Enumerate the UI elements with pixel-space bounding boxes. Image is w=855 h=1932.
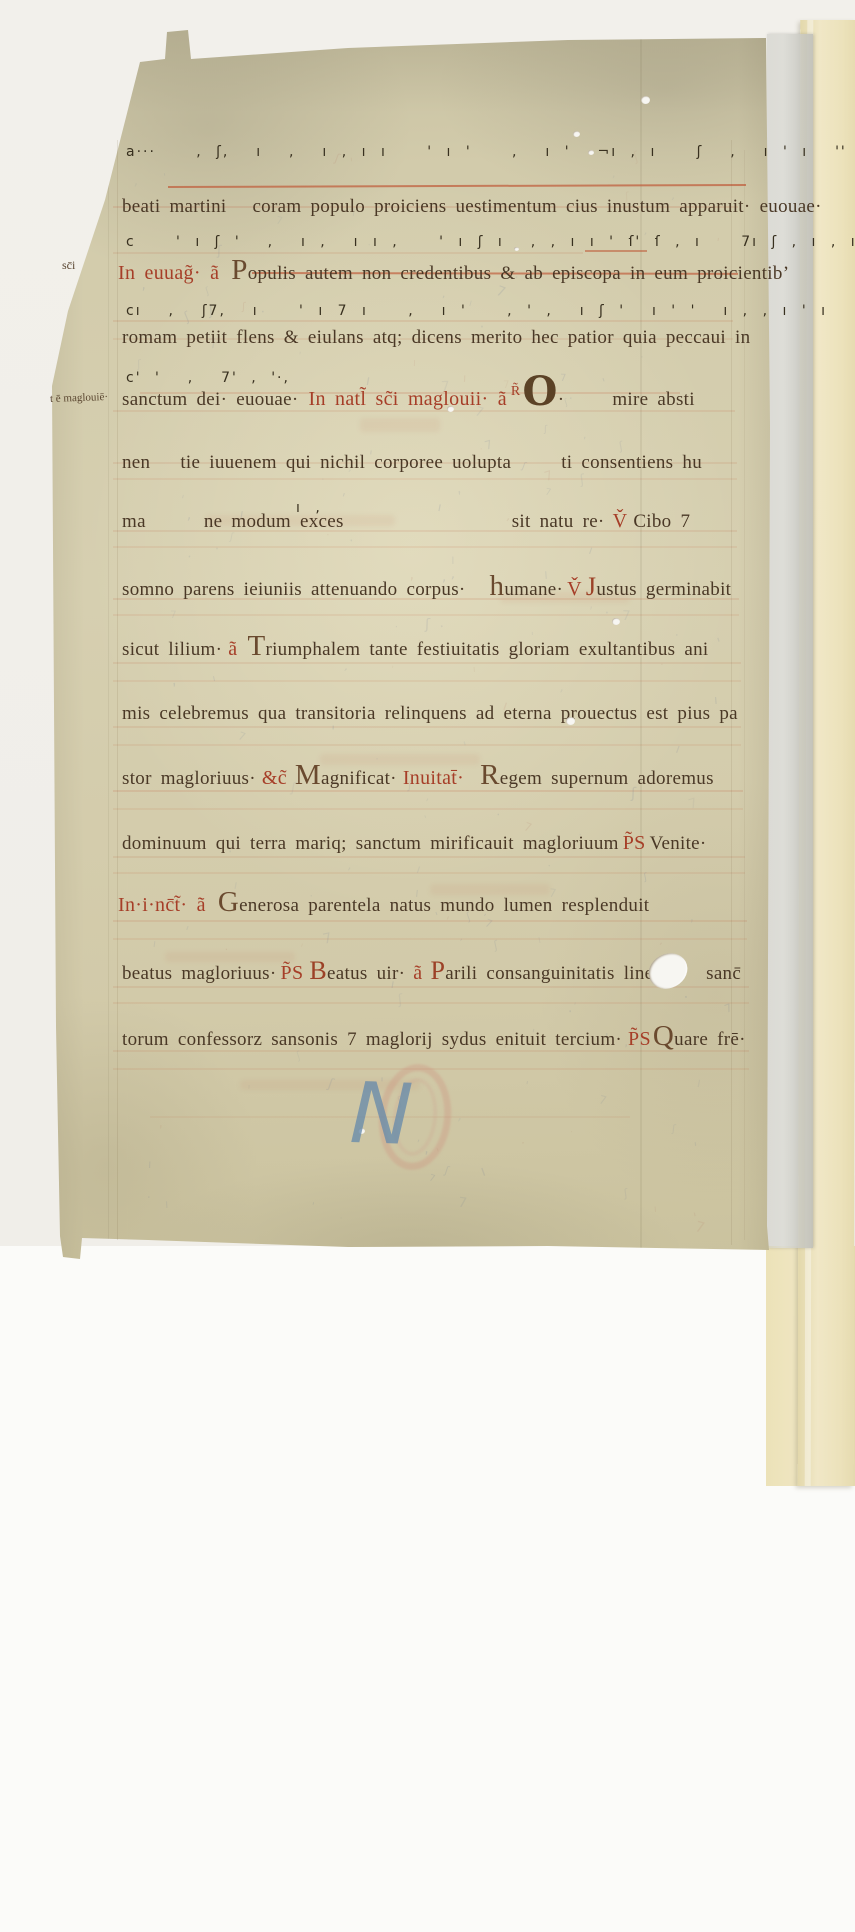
showthrough-rubric: [165, 952, 295, 962]
lower-blank-area: [0, 1484, 855, 1932]
showthrough-mark: ʃ: [671, 1123, 676, 1134]
text-segment: coram populo proiciens uestimentum cius …: [252, 196, 821, 217]
text-segment: enerosa parentela natus mundo lumen resp…: [239, 895, 649, 916]
text-segment: ma: [122, 511, 146, 532]
text-line: sicut lilium·ãTriumphalem tante festiuit…: [122, 639, 709, 659]
rubric-segment: V̌: [613, 510, 628, 532]
text-segment: beati martini: [122, 196, 226, 217]
text-segment: eatus uir·: [327, 963, 405, 984]
rubric-segment: R̃: [511, 384, 521, 399]
rubric-segment: P̃S: [628, 1028, 651, 1050]
showthrough-mark: 7: [169, 611, 176, 621]
text-line: romam petiit flens & eiulans atq; dicens…: [122, 328, 750, 347]
parchment-hole: [514, 247, 519, 251]
neume-row: cı , ʃ7, ı ' ı 7 ı , ı ' , ' , ı ʃ ' ı '…: [126, 303, 827, 319]
parchment-hole: [573, 131, 580, 137]
parchment-crease: [108, 146, 109, 1246]
text-segment: egem supernum adoremus: [500, 768, 714, 789]
text-segment: Cibo 7: [633, 511, 690, 532]
showthrough-mark: ʃ: [544, 425, 547, 434]
text-segment: sit natu re·: [512, 511, 605, 532]
rubric-segment: Inuitat̄·: [403, 767, 464, 789]
text-line: beati martinicoram populo proiciens uest…: [122, 197, 822, 216]
ruling-line: [113, 744, 741, 746]
ruling-line: [113, 320, 733, 322]
showthrough-mark: 7: [622, 610, 631, 624]
initial-letter: B: [309, 956, 327, 985]
text-line: dominuum qui terra mariq; sanctum mirifi…: [122, 833, 707, 853]
stamp-letter-n: N: [349, 1071, 415, 1157]
initial-letter: Q: [653, 1020, 674, 1052]
ruling-line: [113, 808, 743, 810]
manuscript-scan: N ı,,ʃıʃı·,·ʃı7,7·ıʃ·,ı··,,'ʃıı·,7',,ʃʃ'…: [0, 0, 855, 1932]
ruling-line: [113, 478, 737, 480]
showthrough-mark: ,: [589, 599, 594, 612]
ruling-line: [113, 726, 741, 728]
text-segment: nen: [122, 452, 150, 473]
initial-letter: P: [430, 956, 445, 985]
parchment-hole: [588, 150, 594, 155]
text-segment: arili consanguinitatis linea: [445, 963, 662, 984]
ruling-line: [113, 252, 583, 254]
text-segment: opulis autem non credentibus & ab episco…: [248, 263, 790, 284]
ruling-line: [113, 1002, 749, 1004]
ruling-line: [113, 546, 737, 548]
text-segment: sanctum dei· euouae·: [122, 389, 298, 410]
showthrough-mark: ʃ: [397, 993, 403, 1007]
text-segment: sanc̄: [706, 963, 741, 984]
showthrough-mark: ·: [214, 543, 219, 556]
showthrough-rubric: [360, 418, 440, 432]
initial-letter: M: [295, 759, 321, 791]
text-segment: ti consentiens hu: [561, 452, 702, 473]
showthrough-mark: 7: [559, 374, 566, 384]
ruling-line: [113, 662, 741, 664]
text-segment: riumphalem tante festiuitatis gloriam ex…: [265, 639, 708, 660]
text-segment: Venite·: [650, 833, 707, 854]
text-segment: mis celebremus qua transitoria relinquen…: [122, 703, 738, 724]
initial-letter: P: [231, 254, 247, 286]
rubric-segment: P̃S: [623, 832, 646, 854]
showthrough-mark: ı: [463, 372, 467, 384]
parchment-hole: [566, 717, 575, 725]
text-line: nentie iuuenem qui nichil corporee uolup…: [122, 453, 702, 472]
parchment-hole: [447, 406, 454, 412]
text-segment: stor magloriuus·: [122, 768, 256, 789]
text-segment: sicut lilium·: [122, 639, 222, 660]
ruling-line: [113, 920, 747, 922]
text-segment: uare frē·: [674, 1029, 746, 1050]
showthrough-mark: ʃ: [425, 617, 430, 632]
text-segment: romam petiit flens & eiulans atq; dicens…: [122, 327, 750, 348]
rubric-segment: In euuag̃· ã: [118, 262, 219, 284]
showthrough-mark: ·: [640, 352, 644, 364]
text-line: somno parens ieiuniis attenuando corpus·…: [122, 579, 731, 599]
text-line: stor magloriuus·&c̃Magnificat·Inuitat̄·R…: [122, 768, 714, 788]
text-segment: torum confessorz sansonis 7 maglorij syd…: [122, 1029, 622, 1050]
text-segment: dominuum qui terra mariq; sanctum mirifi…: [122, 833, 619, 854]
text-segment: ·: [558, 389, 565, 410]
neume-row: c ' ı ʃ ' , ı , ı ı , ' ı ʃ ı , , ı ı ' …: [126, 234, 855, 250]
text-line: sanctum dei· euouae·In natl̃ sc̃i maglou…: [122, 385, 695, 409]
margin-note: t ē maglouiē·: [50, 391, 108, 405]
margin-note: sc̄i: [62, 258, 75, 273]
rubric-segment: ã: [228, 638, 237, 660]
showthrough-mark: ·: [570, 1128, 573, 1138]
ruling-line: [585, 250, 647, 252]
neume-row: c' ' , 7' , '·,: [126, 370, 290, 386]
ruling-line: [113, 856, 745, 858]
ruling-line: [113, 410, 735, 412]
text-line: In·i·nc̄t̃· ãGenerosa parentela natus mu…: [118, 895, 649, 915]
ruling-line: [113, 872, 745, 874]
initial-letter: R: [480, 759, 500, 791]
parchment-hole: [612, 618, 620, 625]
text-segment: ne modum exces: [204, 511, 344, 532]
ruling-line: [113, 938, 747, 940]
text-line: mane modum excessit natu re·V̌Cibo 7: [122, 511, 690, 531]
initial-letter: h: [490, 570, 505, 602]
initial-letter: G: [218, 886, 239, 918]
neume-row: a··· , ʃ, ı , ı , ı ı ' ı ' , ı ' ¬ı , ı…: [126, 144, 847, 160]
text-segment: agnificat·: [321, 768, 397, 789]
text-segment: mire absti: [612, 389, 694, 410]
initial-letter: J: [586, 572, 596, 601]
text-line: mis celebremus qua transitoria relinquen…: [122, 704, 738, 723]
ruling-line: [113, 986, 749, 988]
showthrough-rubric: [430, 884, 550, 895]
text-line: torum confessorz sansonis 7 maglorij syd…: [122, 1029, 746, 1049]
rubric-segment: ã: [413, 962, 422, 984]
initial-letter: T: [247, 630, 265, 662]
showthrough-mark: ı: [413, 357, 416, 368]
parchment-hole: [641, 96, 650, 104]
rubric-segment: P̃S: [281, 962, 304, 984]
rubric-segment: V̌: [567, 578, 582, 600]
text-segment: umane·: [504, 579, 563, 600]
initial-letter: O: [523, 368, 558, 415]
text-segment: somno parens ieiuniis attenuando corpus·: [122, 579, 466, 600]
text-segment: tie iuuenem qui nichil corporee uolupta: [180, 452, 511, 473]
rubric-segment: In·i·nc̄t̃· ã: [118, 894, 206, 916]
rubric-segment: &c̃: [262, 767, 287, 789]
ruling-line: [113, 680, 741, 682]
showthrough-mark: ': [246, 1085, 250, 1099]
text-segment: ustus germinabit: [596, 579, 731, 600]
showthrough-mark: ı: [653, 1204, 657, 1214]
text-line: In euuag̃· ãPopulis autem non credentibu…: [118, 263, 789, 283]
showthrough-mark: ,: [133, 174, 139, 188]
text-segment: beatus magloriuus·: [122, 963, 277, 984]
showthrough-rubric: [320, 754, 480, 765]
rubric-segment: In natl̃ sc̃i maglouii· ã: [308, 388, 506, 410]
margin-ruling-line: [117, 140, 118, 1240]
showthrough-mark: ı: [451, 554, 455, 568]
